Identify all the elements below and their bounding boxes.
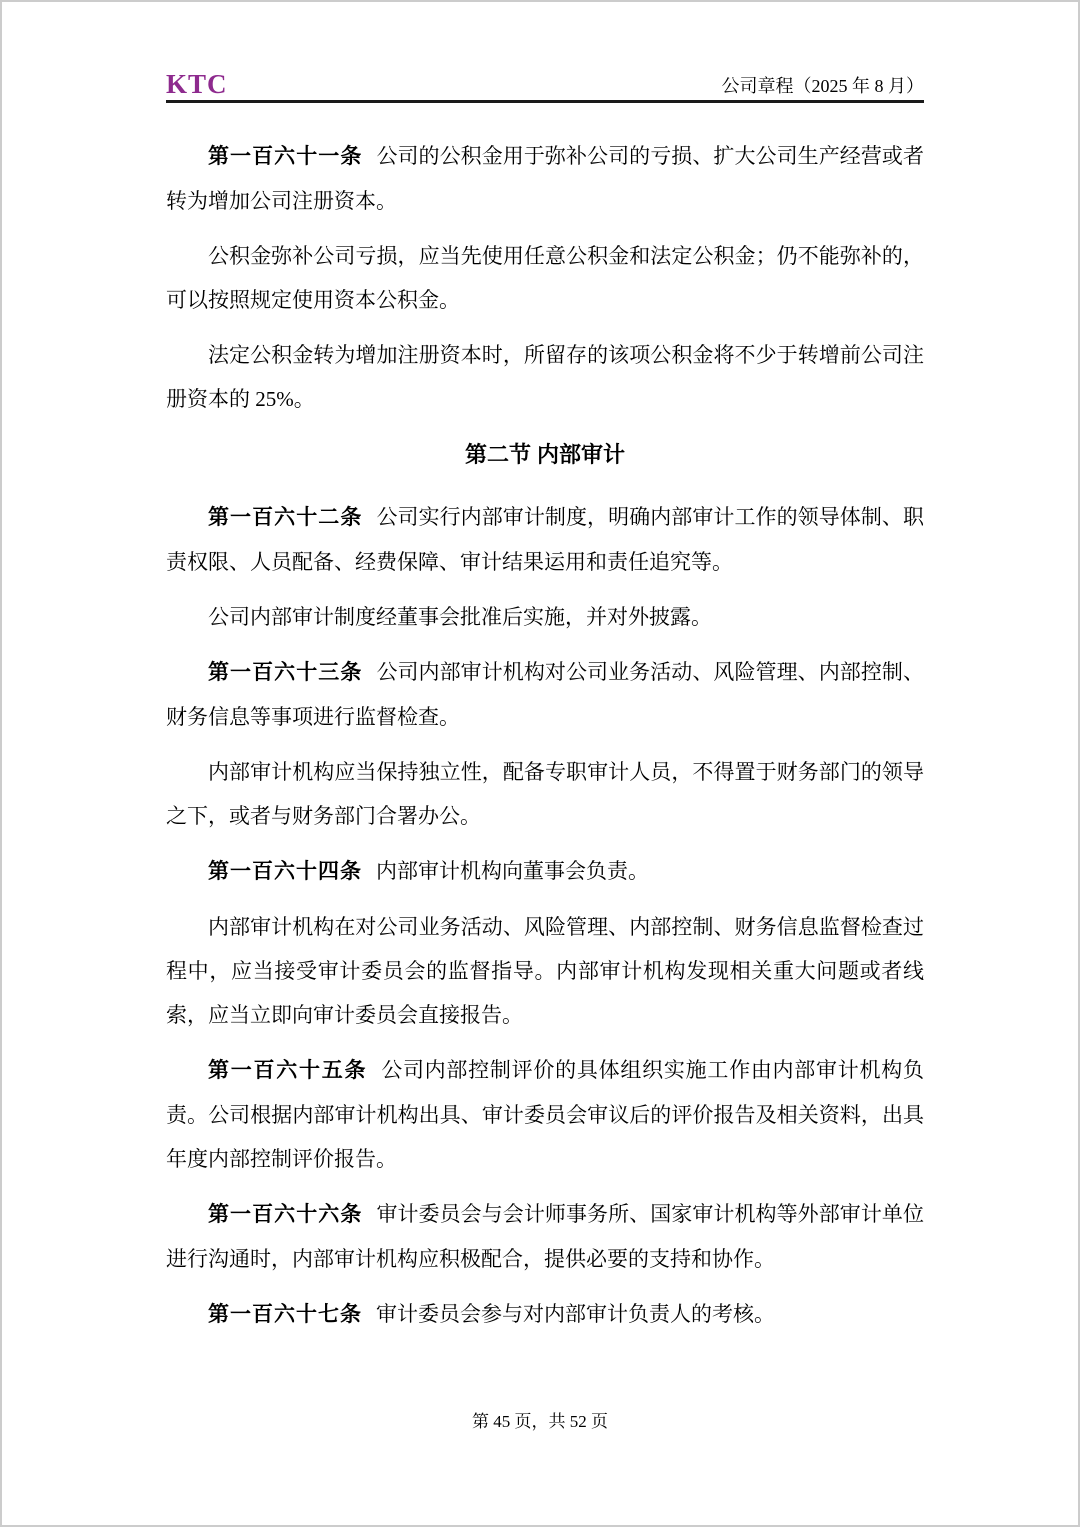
header-rule bbox=[166, 100, 924, 103]
paragraph-text: 法定公积金转为增加注册资本时，所留存的该项公积金将不少于转增前公司注册资本的 2… bbox=[166, 343, 924, 411]
article-161-number: 第一百六十一条 bbox=[208, 145, 362, 168]
section-heading-internal-audit: 第二节 内部审计 bbox=[166, 433, 924, 477]
document-title: 公司章程（2025 年 8 月） bbox=[722, 77, 925, 98]
paragraph-statutory-reserve: 法定公积金转为增加注册资本时，所留存的该项公积金将不少于转增前公司注册资本的 2… bbox=[166, 333, 924, 421]
article-163-number: 第一百六十三条 bbox=[208, 661, 362, 684]
page-number-info: 第 45 页，共 52 页 bbox=[472, 1412, 608, 1431]
page-header: KTC 公司章程（2025 年 8 月） bbox=[166, 68, 924, 98]
article-164-number: 第一百六十四条 bbox=[208, 860, 362, 883]
company-logo: KTC bbox=[166, 71, 228, 98]
paragraph-audit-supervision: 内部审计机构在对公司业务活动、风险管理、内部控制、财务信息监督检查过程中，应当接… bbox=[166, 905, 924, 1037]
article-167-number: 第一百六十七条 bbox=[208, 1303, 362, 1326]
article-164-text: 内部审计机构向董事会负责。 bbox=[376, 859, 649, 883]
article-164: 第一百六十四条内部审计机构向董事会负责。 bbox=[166, 849, 924, 894]
article-167: 第一百六十七条审计委员会参与对内部审计负责人的考核。 bbox=[166, 1292, 924, 1337]
article-162-number: 第一百六十二条 bbox=[208, 506, 362, 529]
paragraph-text: 内部审计机构应当保持独立性，配备专职审计人员，不得置于财务部门的领导之下，或者与… bbox=[166, 760, 924, 828]
paragraph-text: 公司内部审计制度经董事会批准后实施，并对外披露。 bbox=[208, 605, 712, 629]
document-page: KTC 公司章程（2025 年 8 月） 第一百六十一条公司的公积金用于弥补公司… bbox=[0, 0, 1080, 1527]
document-body: 第一百六十一条公司的公积金用于弥补公司的亏损、扩大公司生产经营或者转为增加公司注… bbox=[166, 134, 924, 1348]
article-165-number: 第一百六十五条 bbox=[208, 1059, 367, 1082]
article-166: 第一百六十六条审计委员会与会计师事务所、国家审计机构等外部审计单位进行沟通时，内… bbox=[166, 1192, 924, 1281]
paragraph-text: 内部审计机构在对公司业务活动、风险管理、内部控制、财务信息监督检查过程中，应当接… bbox=[166, 915, 924, 1027]
article-163: 第一百六十三条公司内部审计机构对公司业务活动、风险管理、内部控制、财务信息等事项… bbox=[166, 650, 924, 739]
article-162: 第一百六十二条公司实行内部审计制度，明确内部审计工作的领导体制、职责权限、人员配… bbox=[166, 495, 924, 584]
article-161: 第一百六十一条公司的公积金用于弥补公司的亏损、扩大公司生产经营或者转为增加公司注… bbox=[166, 134, 924, 223]
page-footer: 第 45 页，共 52 页 bbox=[2, 1410, 1078, 1434]
paragraph-text: 公积金弥补公司亏损，应当先使用任意公积金和法定公积金；仍不能弥补的，可以按照规定… bbox=[166, 244, 924, 312]
paragraph-audit-independence: 内部审计机构应当保持独立性，配备专职审计人员，不得置于财务部门的领导之下，或者与… bbox=[166, 750, 924, 838]
paragraph-reserve-fund-use: 公积金弥补公司亏损，应当先使用任意公积金和法定公积金；仍不能弥补的，可以按照规定… bbox=[166, 234, 924, 322]
article-165: 第一百六十五条公司内部控制评价的具体组织实施工作由内部审计机构负责。公司根据内部… bbox=[166, 1048, 924, 1181]
paragraph-audit-system-approval: 公司内部审计制度经董事会批准后实施，并对外披露。 bbox=[166, 595, 924, 639]
article-167-text: 审计委员会参与对内部审计负责人的考核。 bbox=[376, 1302, 775, 1326]
article-166-number: 第一百六十六条 bbox=[208, 1203, 362, 1226]
